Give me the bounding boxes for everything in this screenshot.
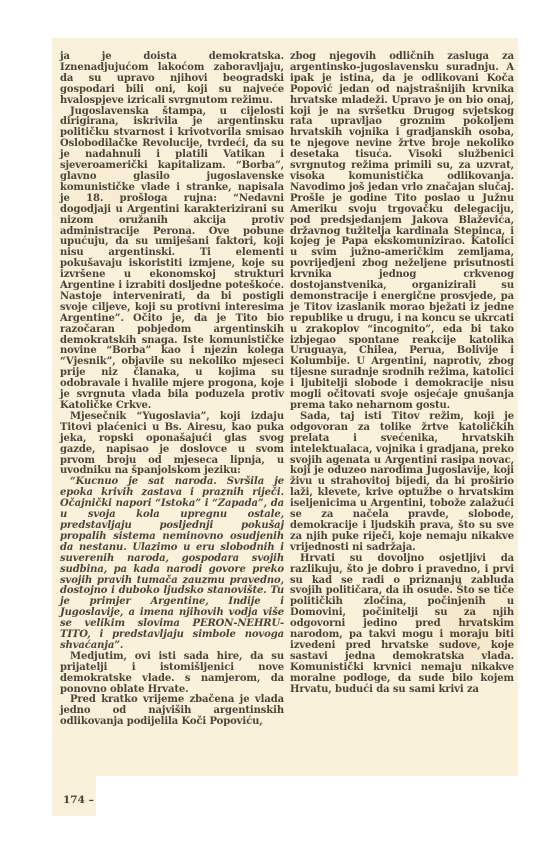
paragraph: zbog njegovih odličnih zasluga za argent…	[290, 52, 514, 412]
paragraph: Jugoslavenska štampa, u cijelosti dirigi…	[60, 107, 284, 412]
page-number: 174 –	[63, 794, 94, 806]
paragraph: Medjutim, ovi isti sada hire, da su prij…	[60, 652, 284, 696]
paragraph: Pred kratko vrijeme zbačena je vlada jed…	[60, 695, 284, 728]
paragraph: Mjesečnik “Yugoslavia”, koji izdaju Tito…	[60, 412, 284, 477]
paragraph: Sada, taj isti Titov režim, koji je odgo…	[290, 412, 514, 554]
left-column: ja je doista demokratska. Iznenadjujućom…	[60, 52, 284, 728]
paragraph: ja je doista demokratska. Iznenadjujućom…	[60, 52, 284, 107]
quote-paragraph: “Kucnuo je sat naroda. Svršila je epoka …	[60, 477, 284, 652]
paragraph: Hrvati su dovoljno osjetljivi da razliku…	[290, 554, 514, 696]
right-column: zbog njegovih odličnih zasluga za argent…	[290, 52, 514, 695]
